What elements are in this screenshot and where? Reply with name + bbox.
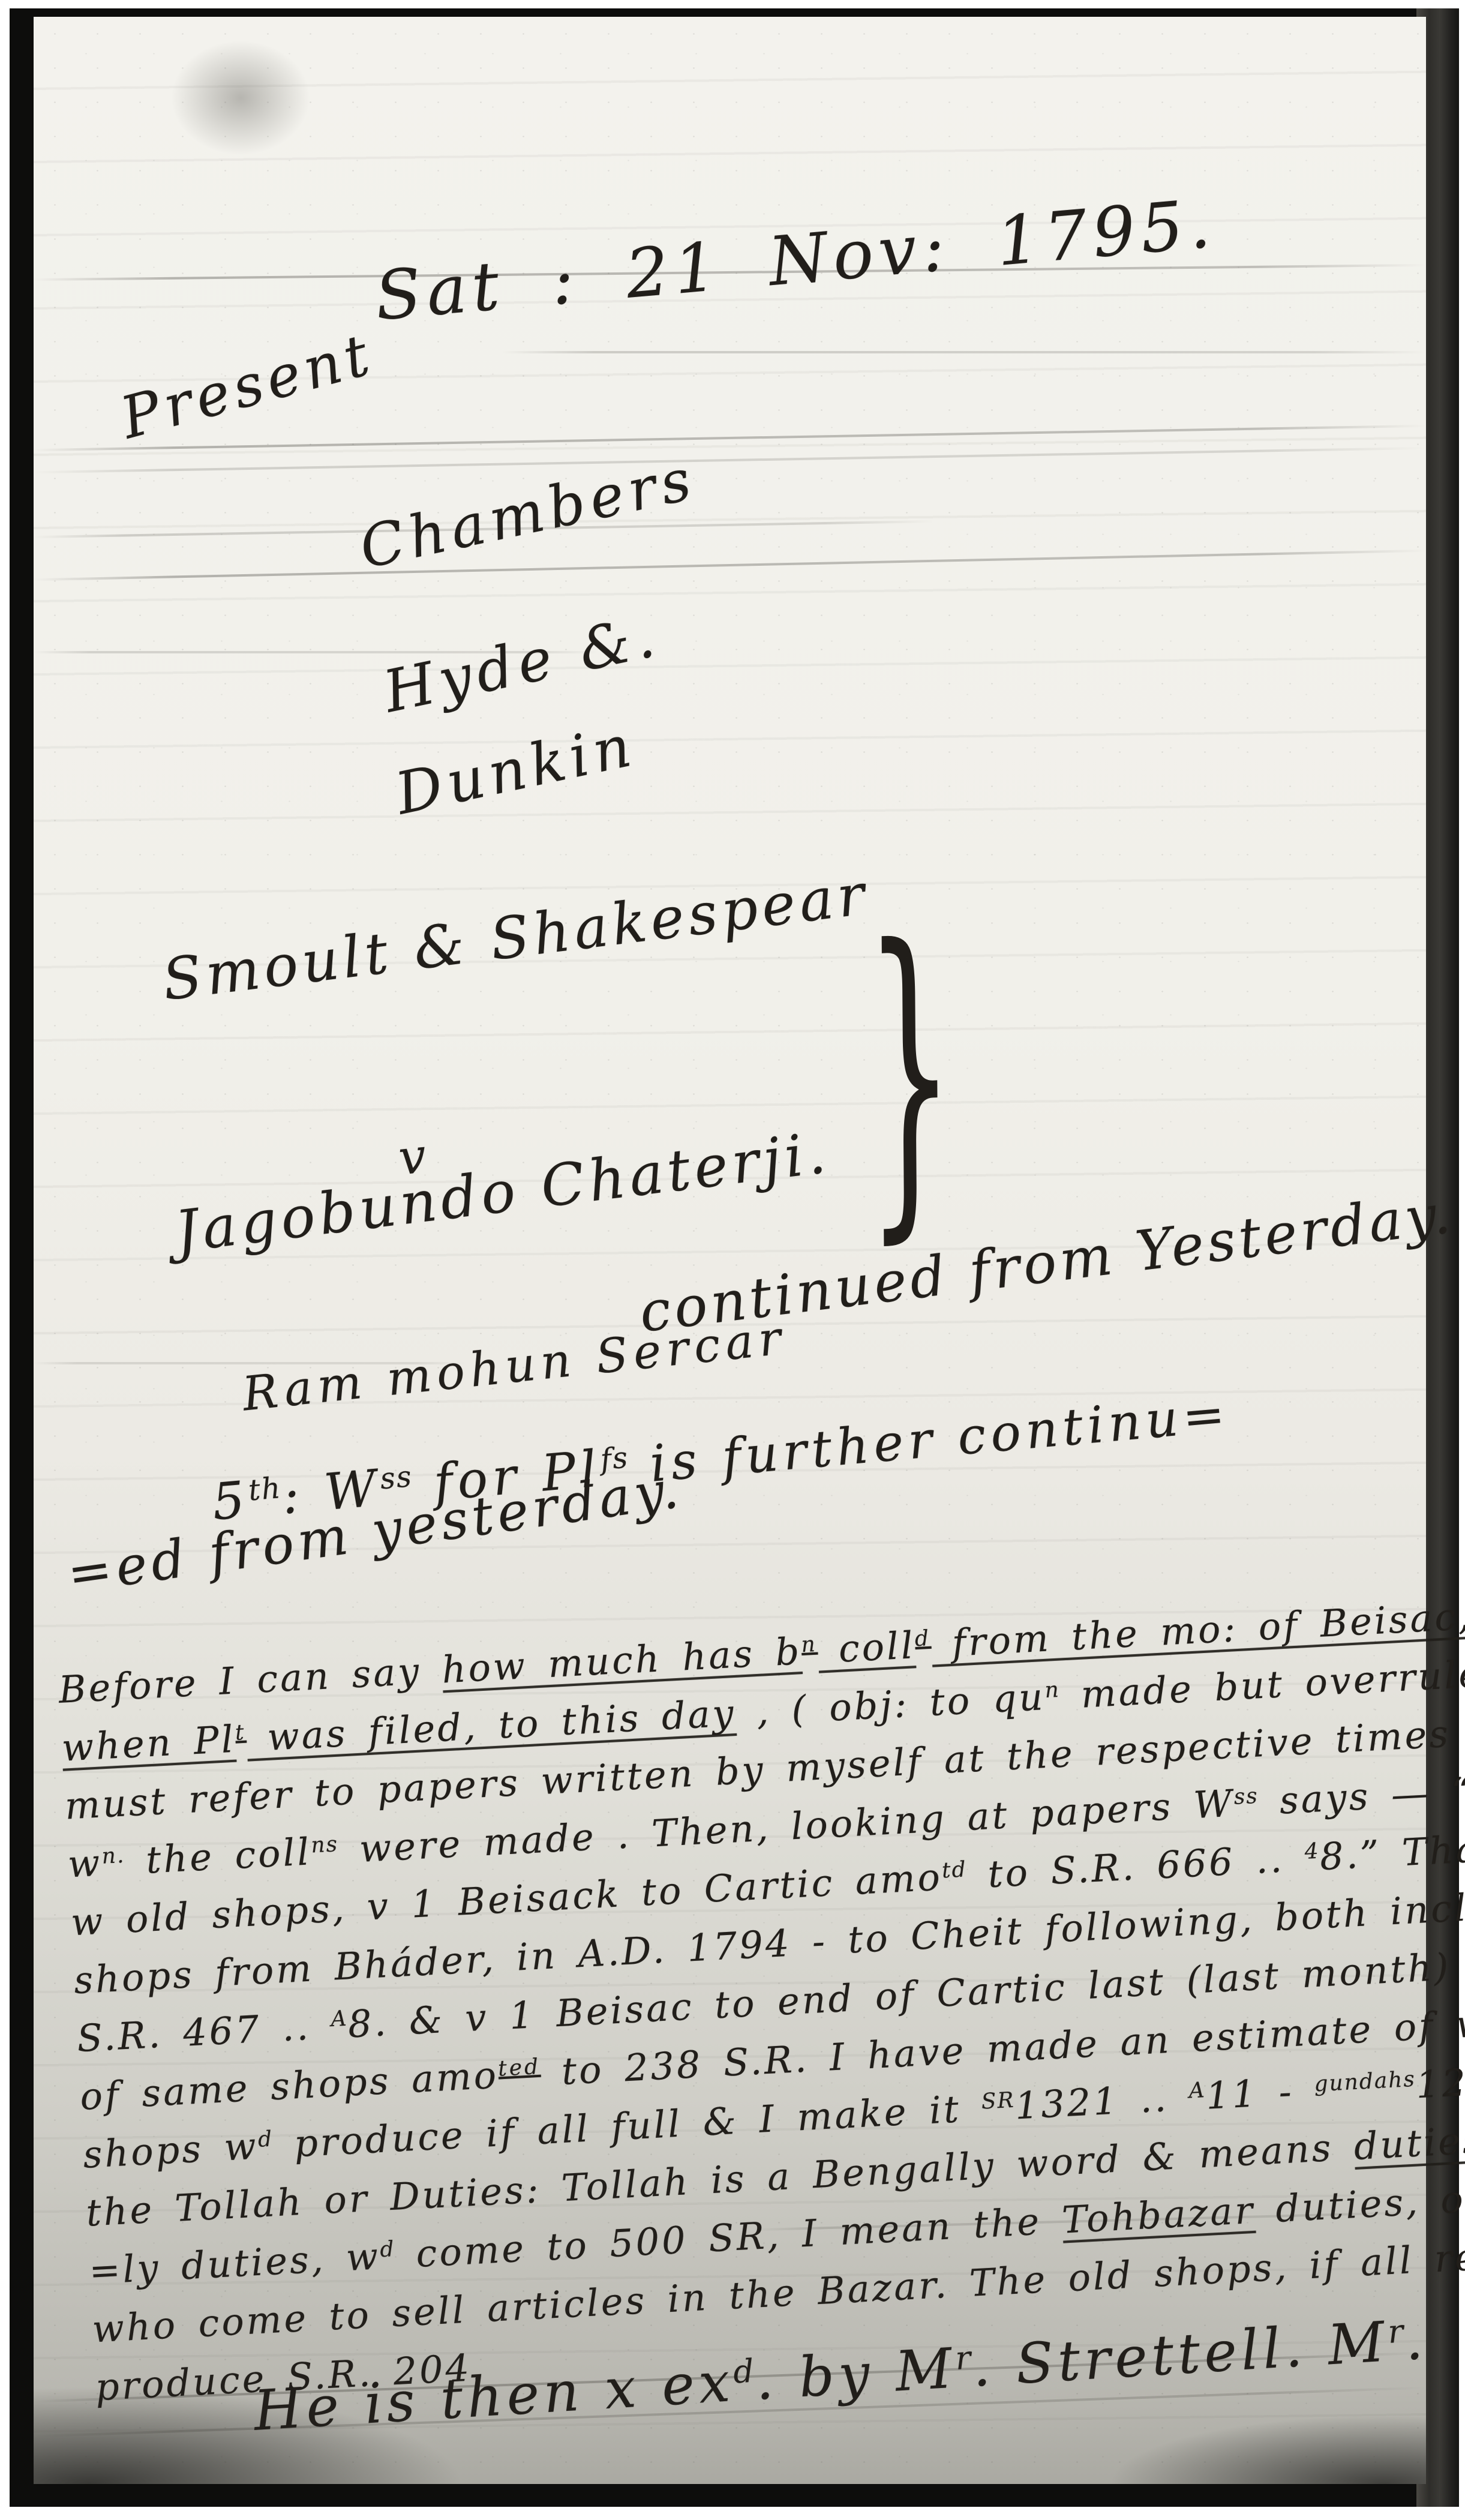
text-segment: Tohbazar <box>1061 2188 1256 2242</box>
text-segment: n <box>1044 1678 1060 1703</box>
text-segment: duties <box>1353 2118 1465 2168</box>
text-segment: ss <box>379 1460 414 1496</box>
manuscript-page: Sat : 21 Nov: 1795. Present Chambers Hyd… <box>34 17 1426 2484</box>
case-defendant: Jagobundo Chaterji. <box>172 1120 833 1265</box>
present-label: Present <box>114 320 380 452</box>
witness-name: Ram mohun Sercar <box>240 1311 789 1422</box>
text-segment: 12 <box>1415 2060 1465 2107</box>
text-segment: d <box>257 2127 274 2152</box>
text-segment: w <box>67 1841 103 1886</box>
text-segment: d <box>379 2237 395 2262</box>
scan-streak-line <box>34 550 1426 581</box>
judge-name-dunkin: Dunkin <box>390 712 642 828</box>
text-segment: ted <box>497 2054 541 2081</box>
text-segment: A <box>1188 2078 1206 2103</box>
text-segment: . by M <box>753 2336 958 2412</box>
text-segment: r <box>954 2338 973 2377</box>
text-segment: the coll <box>124 1829 313 1883</box>
text-segment: from the mo: of Beisac, <box>930 1594 1465 1666</box>
date-heading: Sat : 21 Nov: 1795. <box>372 185 1218 336</box>
text-segment: r <box>1387 2312 1406 2351</box>
text-segment: A <box>330 2006 348 2032</box>
scan-streak-line <box>34 447 1426 474</box>
testimony-text: Before I can say how much has bn colld f… <box>58 1596 1465 2424</box>
text-segment: . <box>1403 2307 1429 2372</box>
text-segment: how much has b <box>441 1629 803 1691</box>
scan-streak-line <box>34 425 1426 452</box>
text-segment: when Pl <box>61 1717 236 1770</box>
text-segment: gundahs <box>1313 2067 1416 2097</box>
text-segment: 11 - <box>1205 2068 1316 2117</box>
case-plaintiffs: Smoult & Shakespear <box>159 862 872 1014</box>
text-segment: 1321 .. <box>1014 2075 1190 2128</box>
judge-name-chambers: Chambers <box>354 445 702 582</box>
text-segment: td <box>941 1857 968 1883</box>
ink-smudge <box>172 41 310 155</box>
text-segment: n <box>800 1632 818 1657</box>
text-segment: Before I can say <box>58 1648 443 1712</box>
case-brace: } <box>864 913 956 1236</box>
text-segment: shops w <box>82 2124 260 2177</box>
scan-streak-line <box>502 351 1425 353</box>
text-segment: is further continu= <box>627 1384 1232 1495</box>
text-segment: SR <box>981 2088 1016 2114</box>
text-segment: ss <box>1233 1784 1259 1810</box>
text-segment: 4 <box>1304 1839 1320 1864</box>
text-segment: th <box>247 1471 283 1508</box>
photo-frame: Sat : 21 Nov: 1795. Present Chambers Hyd… <box>10 8 1459 2507</box>
judge-name-hyde: Hyde &. <box>378 602 665 725</box>
text-segment: coll <box>816 1623 916 1672</box>
text-segment: d <box>732 2352 756 2391</box>
text-segment: n. <box>101 1843 126 1869</box>
text-segment: d <box>914 1626 932 1651</box>
text-segment: ns <box>310 1832 339 1858</box>
